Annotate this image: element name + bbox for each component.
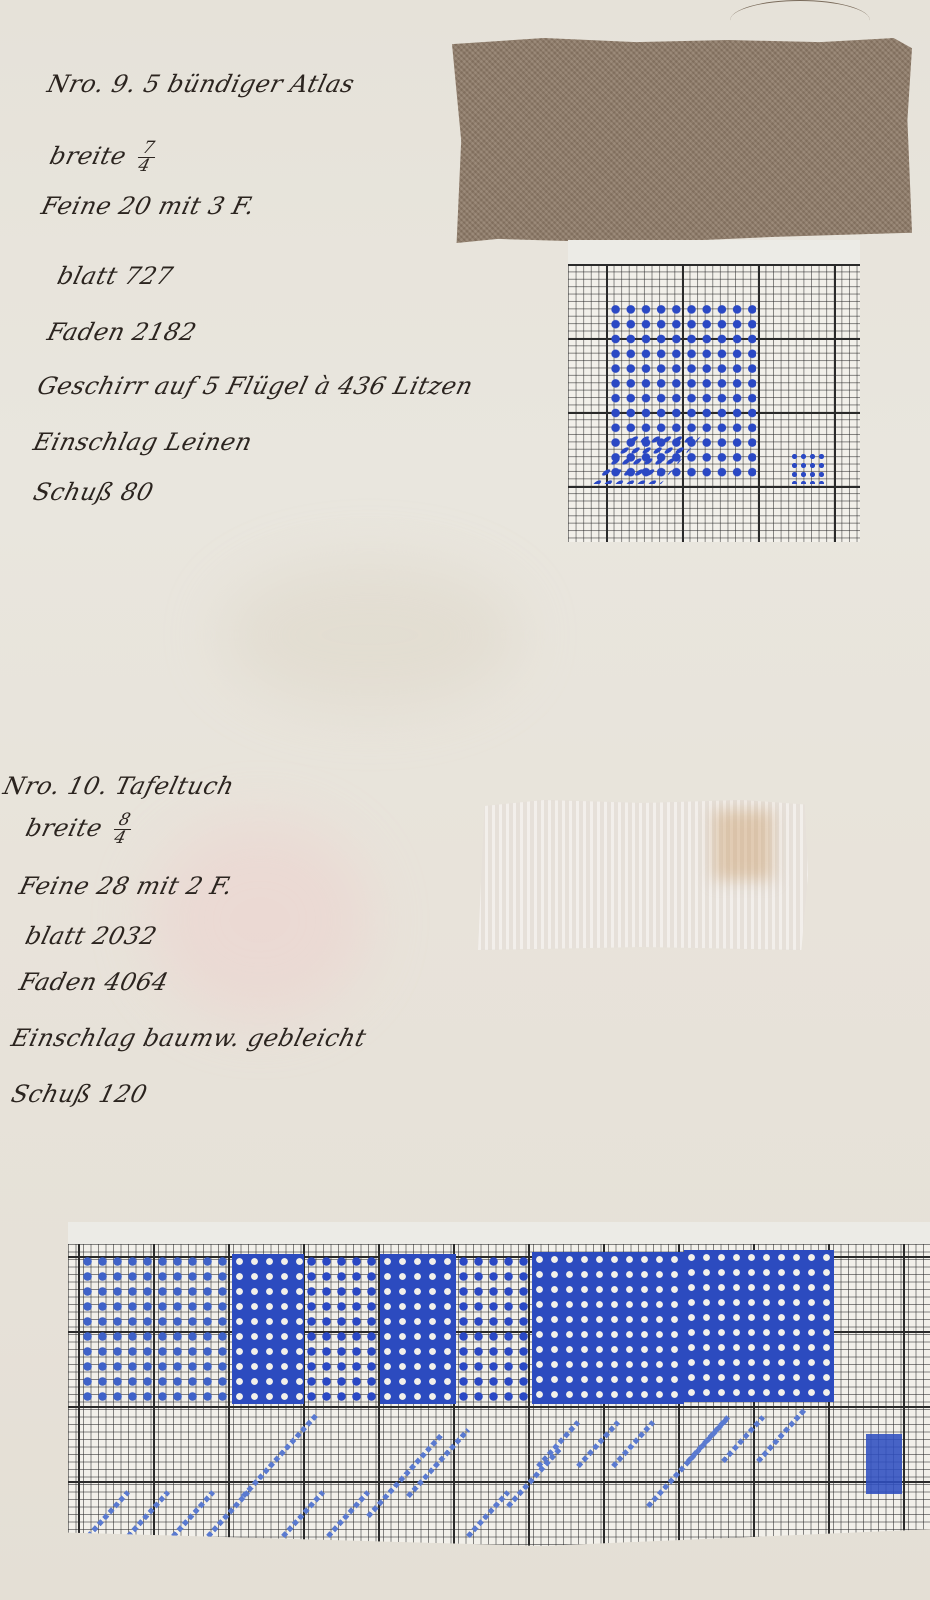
draft-filled-block bbox=[380, 1254, 456, 1404]
entry-9-feine: Feine 20 mit 3 F. bbox=[39, 192, 258, 220]
draft-twill-diagonal bbox=[86, 1490, 130, 1538]
draft-partial-block bbox=[866, 1434, 902, 1494]
draft-twill-diagonal bbox=[366, 1433, 443, 1518]
entry-10-einschlag: Einschlag baumw. gebleicht bbox=[9, 1024, 370, 1052]
entry-10-fabric-swatch bbox=[478, 800, 808, 950]
draft-twill-diagonal bbox=[126, 1490, 170, 1538]
entry-10-blatt: blatt 2032 bbox=[23, 922, 160, 950]
draft-twill-diagonal bbox=[611, 1420, 655, 1468]
entry-10-breite-label: breite bbox=[23, 814, 106, 842]
draft-twill-diagonal bbox=[326, 1490, 370, 1538]
pattern-book-page: Nro. 9. 5 bündiger Atlas breite 7 4 Fein… bbox=[0, 0, 930, 1600]
entry-9-title: Nro. 9. 5 bündiger Atlas bbox=[45, 70, 358, 98]
entry-10-faden: Faden 4064 bbox=[17, 968, 172, 996]
draft-dotted-block bbox=[80, 1254, 232, 1404]
swatch-stain bbox=[713, 810, 773, 880]
entry-10-feine: Feine 28 mit 2 F. bbox=[17, 872, 236, 900]
paper-stain bbox=[220, 560, 520, 710]
entry-10-breite: breite 8 4 bbox=[22, 812, 136, 847]
draft-dotted-block bbox=[456, 1254, 532, 1404]
swatch-thread bbox=[730, 0, 870, 41]
entry-9-schuss: Schuß 80 bbox=[31, 478, 157, 506]
draft-twill-diagonal bbox=[756, 1408, 807, 1463]
draft-twill-diagonal bbox=[241, 1413, 318, 1498]
entry-9-breite-label: breite bbox=[47, 142, 130, 170]
draft-twill-diagonal bbox=[466, 1490, 510, 1538]
entry-9-weave-draft bbox=[568, 240, 860, 542]
draft-twill-diagonal bbox=[506, 1445, 563, 1508]
draft-filled-block bbox=[232, 1254, 304, 1404]
paper-stain bbox=[150, 820, 370, 1020]
entry-10-weave-draft bbox=[68, 1222, 930, 1556]
draft-twill-diagonal bbox=[281, 1490, 325, 1538]
entry-9-breite: breite 7 4 bbox=[46, 140, 160, 175]
entry-10-schuss: Schuß 120 bbox=[9, 1080, 151, 1108]
entry-9-blatt: blatt 727 bbox=[55, 262, 177, 290]
entry-9-einschlag: Einschlag Leinen bbox=[31, 428, 256, 456]
draft-corner-dots bbox=[790, 452, 828, 484]
entry-10-breite-fraction: 8 4 bbox=[109, 812, 135, 847]
draft-dotted-block bbox=[304, 1254, 380, 1404]
entry-9-geschirr: Geschirr auf 5 Flügel à 436 Litzen bbox=[35, 372, 477, 400]
draft-filled-block bbox=[684, 1250, 834, 1402]
entry-9-fabric-swatch bbox=[452, 38, 912, 243]
entry-9-faden: Faden 2182 bbox=[45, 318, 200, 346]
fraction-denominator: 4 bbox=[133, 158, 155, 175]
draft-twill-diagonal bbox=[536, 1420, 580, 1468]
entry-9-breite-fraction: 7 4 bbox=[133, 140, 159, 175]
draft-filled-block bbox=[532, 1252, 684, 1404]
entry-10-title: Nro. 10. Tafeltuch bbox=[1, 772, 238, 800]
fraction-denominator: 4 bbox=[109, 830, 131, 847]
